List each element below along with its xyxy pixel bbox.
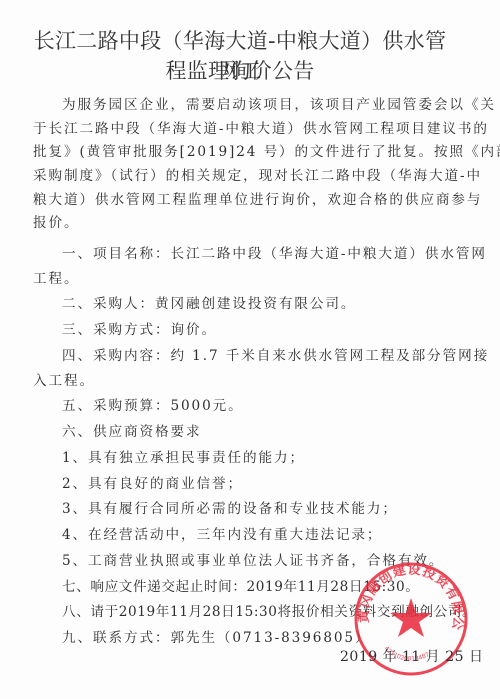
item-submission: 八、请于2019年11月28日15:30将报价相关资料交到融创公司。 (62, 603, 482, 621)
document-title-line-2: 程监理询价公告 (24, 56, 456, 86)
qualification-2: 2、具有良好的商业信誉； (62, 475, 482, 493)
intro-line-6: 报价。 (33, 214, 453, 232)
item-qualification-heading: 六、供应商资格要求 (62, 423, 482, 441)
intro-line-5: 粮大道）供水管网工程监理单位进行询价，欢迎合格的供应商参与 (33, 191, 453, 209)
item-deadline: 七、响应文件递交起止时间：2019年11月28日15:30。 (62, 578, 482, 596)
intro-line-3: 批复》(黄管审批服务[2019]24 号）的文件进行了批复。按照《内部 (33, 143, 453, 161)
item-project-name: 一、项目名称：长江二路中段（华海大道-中粮大道）供水管网 (62, 245, 482, 263)
item-content: 四、采购内容：约 1.7 千米自来水供水管网工程及部分管网接 (62, 347, 482, 365)
qualification-1: 1、具有独立承担民事责任的能力； (62, 449, 482, 467)
issue-date: 2019 年 11 月 25 日 (340, 646, 484, 666)
item-project-name-cont: 工程。 (33, 270, 453, 288)
announcement-page: 长江二路中段（华海大道-中粮大道）供水管网工 程监理询价公告 为服务园区企业，需… (0, 0, 500, 699)
intro-line-1: 为服务园区企业，需要启动该项目，该项目产业园管委会以《关 (62, 96, 482, 114)
qualification-5: 5、工商营业执照或事业单位法人证书齐备，合格有效。 (62, 552, 482, 570)
intro-line-4: 采购制度》（试行）的相关规定，现对长江二路中段（华海大道-中 (33, 167, 453, 185)
item-contact: 九、联系方式：郭先生（0713-8396805） (62, 629, 482, 647)
item-purchaser: 二、采购人：黄冈融创建设投资有限公司。 (62, 295, 482, 313)
qualification-4: 4、在经营活动中，三年内没有重大违法记录； (62, 526, 482, 544)
qualification-3: 3、具有履行合同所必需的设备和专业技术能力； (62, 500, 482, 518)
item-content-cont: 入工程。 (33, 372, 453, 390)
item-budget: 五、采购预算：5000元。 (62, 397, 482, 415)
item-method: 三、采购方式：询价。 (62, 321, 482, 339)
intro-line-2: 于长江二路中段（华海大道-中粮大道）供水管网工程项目建议书的 (33, 120, 453, 138)
